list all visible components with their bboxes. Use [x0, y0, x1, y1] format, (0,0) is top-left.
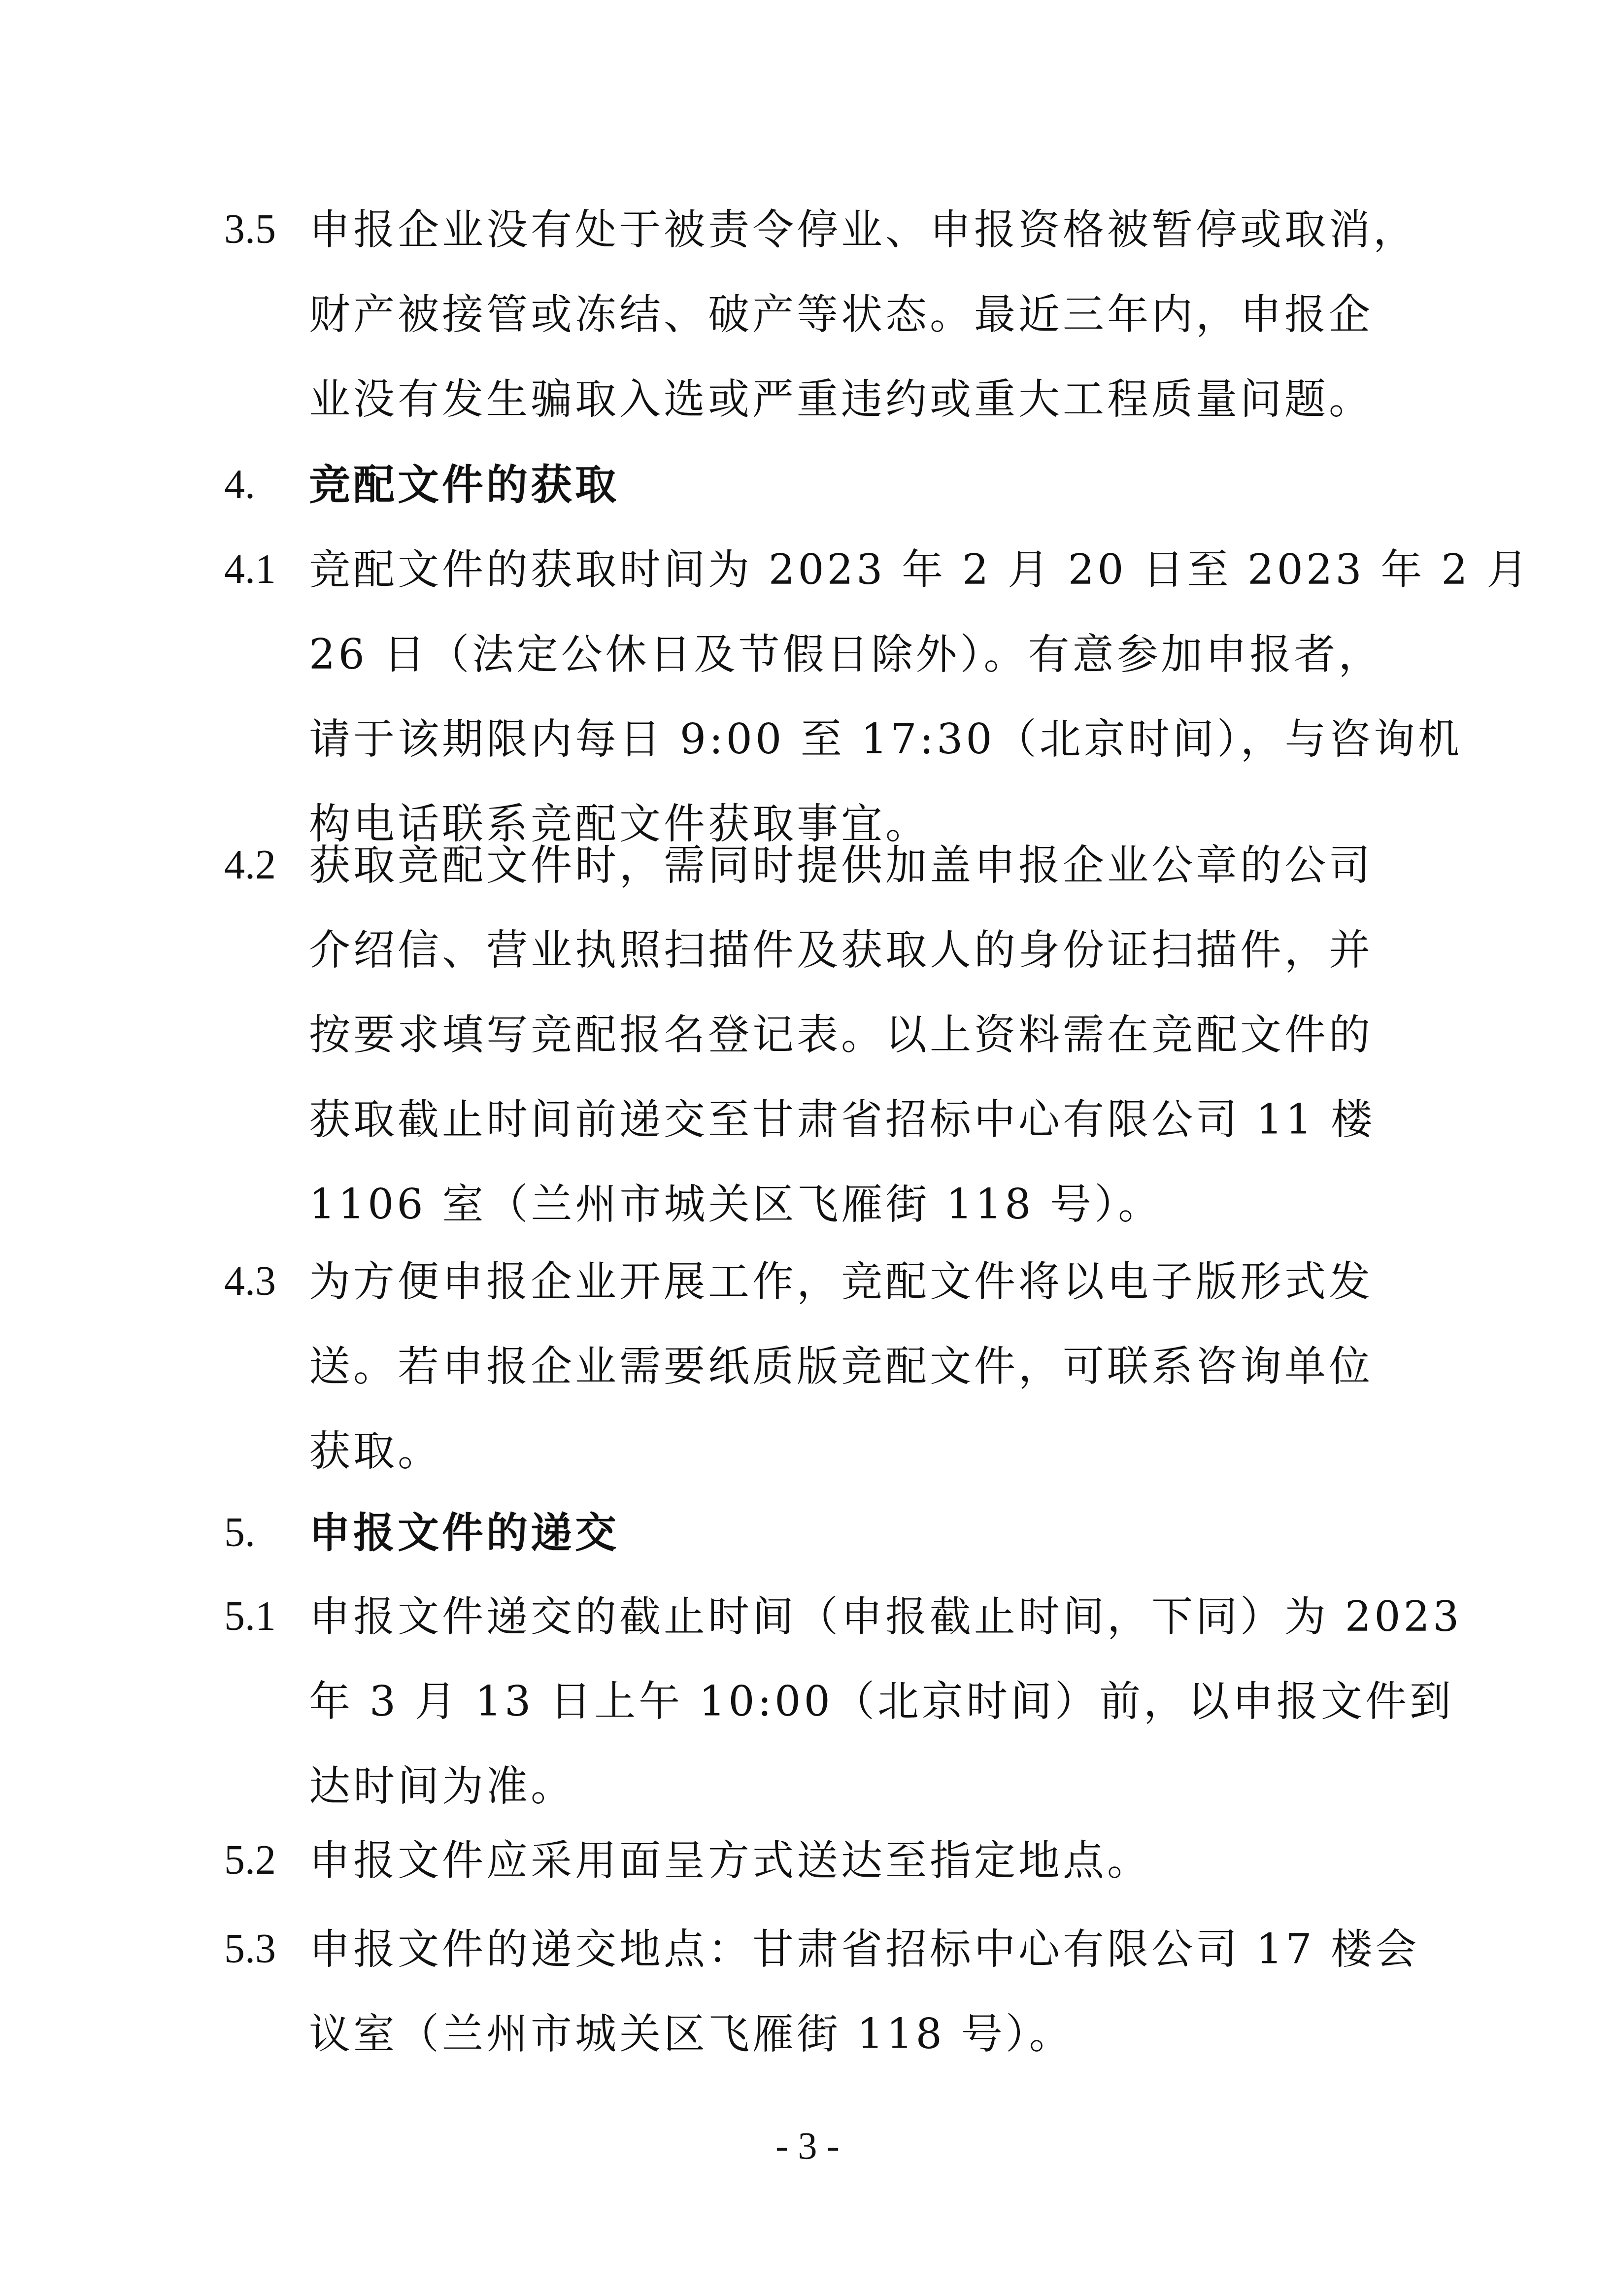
clause-text: 请于该期限内每日 9:00 至 17:30（北京时间），与咨询机: [309, 697, 1462, 781]
section-number: 5.: [224, 1490, 308, 1575]
clause-line: 4.1 竞配文件的获取时间为 2023 年 2 月 20 日至 2023 年 2…: [224, 527, 1372, 612]
clause-text: 获取。: [309, 1409, 442, 1493]
section-title: 竞配文件的获取: [309, 442, 619, 527]
clause-number: 5.3: [224, 1907, 308, 1992]
clause-text: 议室（兰州市城关区飞雁街 118 号）。: [309, 1992, 1074, 2076]
clause-4-2: 4.2 获取竞配文件时，需同时提供加盖申报企业公章的公司 介绍信、营业执照扫描件…: [224, 823, 1372, 1247]
clause-text: 介绍信、营业执照扫描件及获取人的身份证扫描件，并: [309, 908, 1373, 992]
page-number: - 3 -: [0, 2121, 1615, 2170]
clause-line: 达时间为准。: [224, 1744, 1372, 1828]
clause-text: 财产被接管或冻结、破产等状态。最近三年内，申报企: [309, 272, 1373, 357]
clause-line: 5.1 申报文件递交的截止时间（申报截止时间，下同）为 2023: [224, 1574, 1372, 1659]
clause-line: 5.2 申报文件应采用面呈方式送达至指定地点。: [224, 1818, 1372, 1903]
clause-text: 为方便申报企业开展工作，竞配文件将以电子版形式发: [309, 1239, 1373, 1324]
clause-text: 申报企业没有处于被责令停业、申报资格被暂停或取消，: [309, 187, 1417, 272]
clause-line: 获取。: [224, 1409, 1372, 1493]
clause-5-2: 5.2 申报文件应采用面呈方式送达至指定地点。: [224, 1818, 1372, 1903]
clause-line: 5.3 申报文件的递交地点：甘肃省招标中心有限公司 17 楼会: [224, 1907, 1372, 1992]
clause-text: 送。若申报企业需要纸质版竞配文件，可联系咨询单位: [309, 1324, 1373, 1409]
clause-text: 业没有发生骗取入选或严重违约或重大工程质量问题。: [309, 357, 1373, 441]
clause-text: 达时间为准。: [309, 1744, 575, 1828]
clause-5-1: 5.1 申报文件递交的截止时间（申报截止时间，下同）为 2023 年 3 月 1…: [224, 1574, 1372, 1828]
clause-line: 业没有发生骗取入选或严重违约或重大工程质量问题。: [224, 357, 1372, 441]
clause-number: 5.1: [224, 1574, 308, 1659]
clause-number: 4.2: [224, 823, 308, 908]
clause-text: 申报文件的递交地点：甘肃省招标中心有限公司 17 楼会: [309, 1907, 1419, 1992]
heading-line: 4. 竞配文件的获取: [224, 442, 1372, 527]
clause-line: 3.5 申报企业没有处于被责令停业、申报资格被暂停或取消，: [224, 187, 1372, 272]
clause-line: 请于该期限内每日 9:00 至 17:30（北京时间），与咨询机: [224, 697, 1372, 781]
clause-number: 4.1: [224, 527, 308, 612]
clause-number: 5.2: [224, 1818, 308, 1903]
clause-line: 介绍信、营业执照扫描件及获取人的身份证扫描件，并: [224, 908, 1372, 992]
section-heading-5: 5. 申报文件的递交: [224, 1490, 1372, 1575]
clause-text: 申报文件递交的截止时间（申报截止时间，下同）为 2023: [309, 1574, 1462, 1659]
clause-line: 4.2 获取竞配文件时，需同时提供加盖申报企业公章的公司: [224, 823, 1372, 908]
section-number: 4.: [224, 442, 308, 527]
section-title: 申报文件的递交: [309, 1490, 619, 1575]
clause-line: 年 3 月 13 日上午 10:00（北京时间）前，以申报文件到: [224, 1659, 1372, 1744]
clause-line: 议室（兰州市城关区飞雁街 118 号）。: [224, 1992, 1372, 2076]
clause-text: 竞配文件的获取时间为 2023 年 2 月 20 日至 2023 年 2 月: [309, 527, 1531, 612]
clause-number: 4.3: [224, 1239, 308, 1324]
clause-text: 获取竞配文件时，需同时提供加盖申报企业公章的公司: [309, 823, 1373, 908]
clause-4-3: 4.3 为方便申报企业开展工作，竞配文件将以电子版形式发 送。若申报企业需要纸质…: [224, 1239, 1372, 1493]
clause-5-3: 5.3 申报文件的递交地点：甘肃省招标中心有限公司 17 楼会 议室（兰州市城关…: [224, 1907, 1372, 2076]
clause-text: 获取截止时间前递交至甘肃省招标中心有限公司 11 楼: [309, 1077, 1375, 1162]
clause-text: 申报文件应采用面呈方式送达至指定地点。: [309, 1818, 1151, 1903]
clause-line: 按要求填写竞配报名登记表。以上资料需在竞配文件的: [224, 992, 1372, 1077]
clause-4-1: 4.1 竞配文件的获取时间为 2023 年 2 月 20 日至 2023 年 2…: [224, 527, 1372, 866]
clause-line: 4.3 为方便申报企业开展工作，竞配文件将以电子版形式发: [224, 1239, 1372, 1324]
clause-text: 按要求填写竞配报名登记表。以上资料需在竞配文件的: [309, 992, 1373, 1077]
clause-text: 年 3 月 13 日上午 10:00（北京时间）前，以申报文件到: [309, 1659, 1454, 1744]
clause-line: 获取截止时间前递交至甘肃省招标中心有限公司 11 楼: [224, 1077, 1372, 1162]
heading-line: 5. 申报文件的递交: [224, 1490, 1372, 1575]
clause-number: 3.5: [224, 187, 308, 272]
clause-text: 26 日（法定公休日及节假日除外）。有意参加申报者，: [309, 612, 1383, 697]
clause-line: 26 日（法定公休日及节假日除外）。有意参加申报者，: [224, 612, 1372, 697]
clause-line: 财产被接管或冻结、破产等状态。最近三年内，申报企: [224, 272, 1372, 357]
document-page: 3.5 申报企业没有处于被责令停业、申报资格被暂停或取消， 财产被接管或冻结、破…: [0, 0, 1615, 2296]
clause-text: 1106 室（兰州市城关区飞雁街 118 号）。: [309, 1162, 1162, 1247]
section-heading-4: 4. 竞配文件的获取: [224, 442, 1372, 527]
clause-line: 1106 室（兰州市城关区飞雁街 118 号）。: [224, 1162, 1372, 1247]
clause-3-5: 3.5 申报企业没有处于被责令停业、申报资格被暂停或取消， 财产被接管或冻结、破…: [224, 187, 1372, 441]
clause-line: 送。若申报企业需要纸质版竞配文件，可联系咨询单位: [224, 1324, 1372, 1409]
